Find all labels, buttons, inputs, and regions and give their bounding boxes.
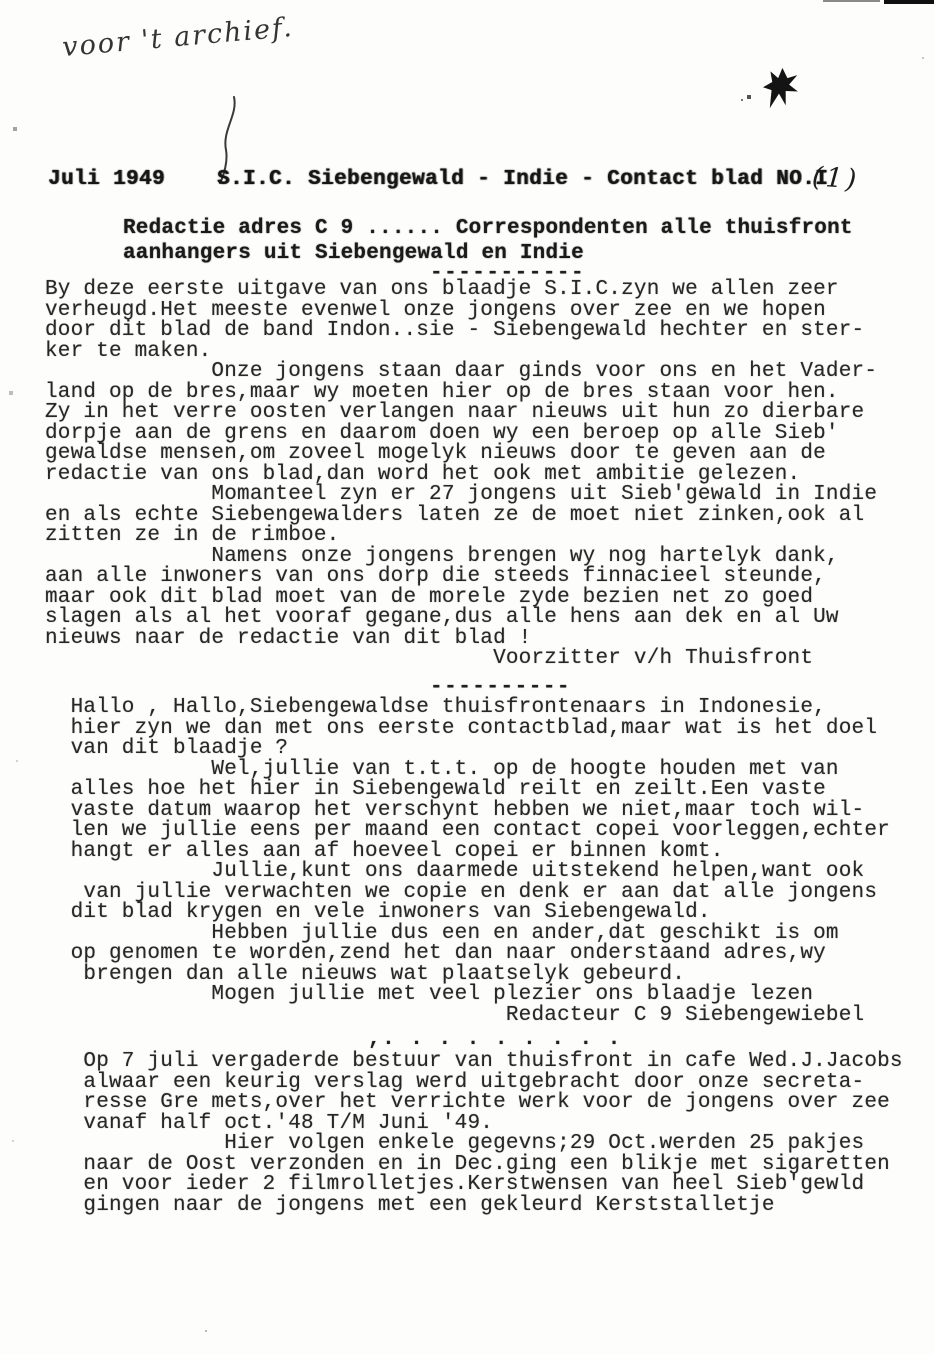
- text-line: alles hoe het hier in Siebengewald reilt…: [45, 780, 890, 801]
- text-line: door dit blad de band Indon..sie - Siebe…: [45, 321, 877, 342]
- text-line: redactie van ons blad,dan word het ook m…: [45, 465, 877, 486]
- text-line: slagen als al het vooraf gegane,dus alle…: [45, 608, 877, 629]
- text-line: dit blad krygen en vele inwoners van Sie…: [45, 903, 890, 924]
- text-line: van dit blaadje ?: [45, 739, 890, 760]
- text-line: Redacteur C 9 Siebengewiebel: [45, 1006, 890, 1027]
- text-line: aan alle inwoners van ons dorp die steed…: [45, 567, 877, 588]
- text-line: Zy in het verre oosten verlangen naar ni…: [45, 403, 877, 424]
- text-line: Hebben jullie dus een en ander,dat gesch…: [45, 924, 890, 945]
- scanned-document-page: voor 't archief. Juli 1949 S.I.C. Sieben…: [0, 0, 934, 1355]
- text-line: brengen dan alle nieuws wat plaatselyk g…: [45, 965, 890, 986]
- text-line: Momanteel zyn er 27 jongens uit Sieb'gew…: [45, 485, 877, 506]
- text-line: vanaf half oct.'48 T/M Juni '49.: [45, 1114, 903, 1135]
- text-line: land op de bres,maar wy moeten hier op d…: [45, 383, 877, 404]
- paragraph-news: Op 7 juli vergaderde bestuur van thuisfr…: [45, 1052, 903, 1216]
- section-divider-dots: ,. . . . . . . . .: [368, 1028, 622, 1051]
- handwritten-archive-note: voor 't archief.: [61, 12, 295, 63]
- text-line: Jullie,kunt ons daarmede uitstekend help…: [45, 862, 890, 883]
- scan-speckles: [0, 0, 2, 2]
- paragraph-foreword: By deze eerste uitgave van ons blaadje S…: [45, 280, 877, 670]
- text-line: gewaldse mensen,om zoveel mogelyk nieuws…: [45, 444, 877, 465]
- text-line: naar de Oost verzonden en in Dec.ging ee…: [45, 1155, 903, 1176]
- ink-blot-icon: [758, 64, 804, 114]
- text-line: len we jullie eens per maand een contact…: [45, 821, 890, 842]
- text-line: Hier volgen enkele gegevns;29 Oct.werden…: [45, 1134, 903, 1155]
- text-line: Onze jongens staan daar ginds voor ons e…: [45, 362, 877, 383]
- text-line: hangt er alles aan af hoeveel copei er b…: [45, 842, 890, 863]
- text-line: gingen naar de jongens met een gekleurd …: [45, 1196, 903, 1217]
- text-line: Voorzitter v/h Thuisfront: [45, 649, 877, 670]
- text-line: van jullie verwachten we copie en denk e…: [45, 883, 890, 904]
- text-line: Wel,jullie van t.t.t. op de hoogte houde…: [45, 760, 890, 781]
- paragraph-editor-message: Hallo , Hallo,Siebengewaldse thuisfronte…: [45, 698, 890, 1026]
- text-line: vaste datum waarop het verschynt hebben …: [45, 801, 890, 822]
- handwritten-page-number: (1): [811, 161, 860, 195]
- text-line: en voor ieder 2 filmrolletjes.Kerstwense…: [45, 1175, 903, 1196]
- text-line: alwaar een keurig verslag werd uitgebrac…: [45, 1073, 903, 1094]
- text-line: en als echte Siebengewalders laten ze de…: [45, 506, 877, 527]
- masthead: Redactie adres C 9 ...... Correspondente…: [123, 216, 853, 266]
- scan-edge-artifact: [884, 0, 934, 4]
- text-line: Op 7 juli vergaderde bestuur van thuisfr…: [45, 1052, 903, 1073]
- text-line: resse Gre mets,over het verrichte werk v…: [45, 1093, 903, 1114]
- text-line: dorpje aan de grens en daarom doen wy ee…: [45, 424, 877, 445]
- text-line: ker te maken.: [45, 342, 877, 363]
- text-line: op genomen te worden,zend het dan naar o…: [45, 944, 890, 965]
- text-line: nieuws naar de redactie van dit blad !: [45, 629, 877, 650]
- text-line: hier zyn we dan met ons eerste contactbl…: [45, 719, 890, 740]
- newsletter-title: Juli 1949 S.I.C. Siebengewald - Indie - …: [48, 168, 828, 191]
- masthead-line: Redactie adres C 9 ...... Correspondente…: [123, 216, 853, 241]
- text-line: maar ook dit blad moet van de morele zyd…: [45, 588, 877, 609]
- text-line: verheugd.Het meeste evenwel onze jongens…: [45, 301, 877, 322]
- text-line: Mogen jullie met veel plezier ons blaadj…: [45, 985, 890, 1006]
- scan-edge-artifact: [823, 0, 880, 2]
- text-line: By deze eerste uitgave van ons blaadje S…: [45, 280, 877, 301]
- text-line: Hallo , Hallo,Siebengewaldse thuisfronte…: [45, 698, 890, 719]
- text-line: Namens onze jongens brengen wy nog harte…: [45, 547, 877, 568]
- text-line: zitten ze in de rimboe.: [45, 526, 877, 547]
